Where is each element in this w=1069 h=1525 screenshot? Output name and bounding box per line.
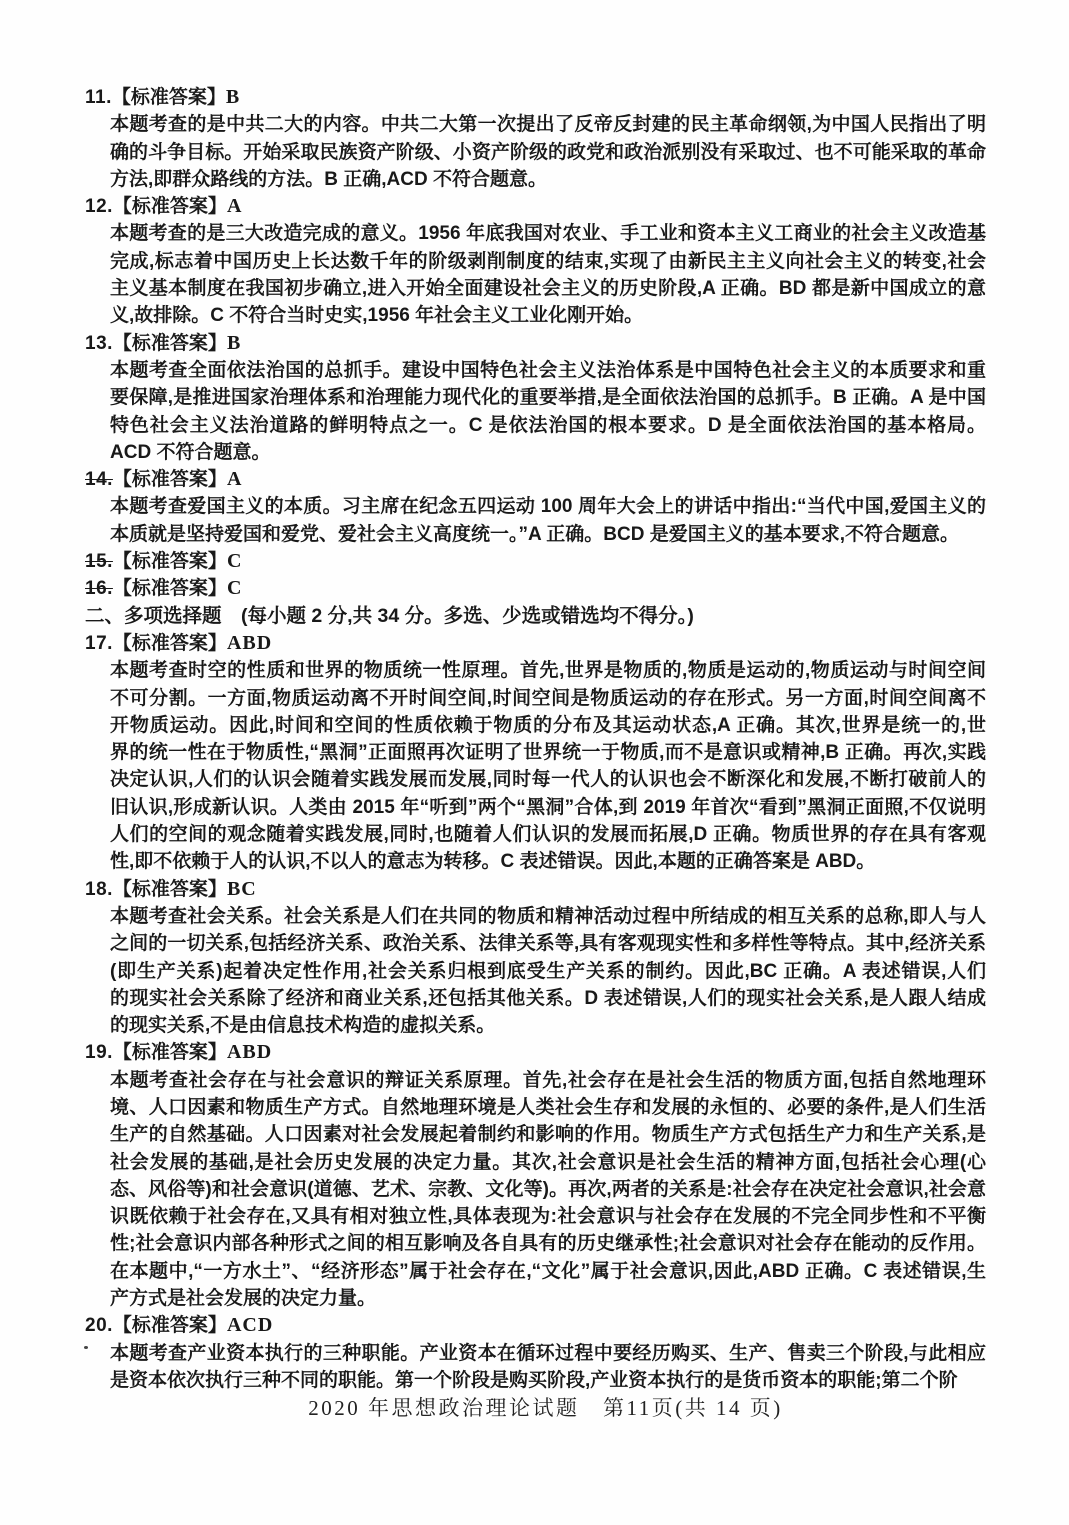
text-line: 本题考查爱国主义的本质。习主席在纪念五四运动 100 周年大会上的讲话中指出:“…	[110, 493, 986, 520]
answer-item-12: 12.【标准答案】A 本题考查的是三大改造完成的意义。1956 年底我国对农业、…	[85, 193, 986, 329]
answer-heading: 15.【标准答案】C	[85, 548, 986, 575]
text-line: 本质就是坚持爱国和爱党、爱社会主义高度统一。”A 正确。BCD 是爱国主义的基本…	[110, 521, 986, 548]
text-line: 在本题中,“一方水土”、“经济形态”属于社会存在,“文化”属于社会意识,因此,A…	[110, 1258, 986, 1285]
text-line: 社会发展的基础,是社会历史发展的决定力量。其次,社会意识是社会生活的精神方面,包…	[110, 1149, 986, 1176]
text-line: 境、人口因素和物质生产方式。自然地理环境是人类社会生存和发展的永恒的、必要的条件…	[110, 1094, 986, 1121]
answer-explanation: 本题考查的是中共二大的内容。中共二大第一次提出了反帝反封建的民主革命纲领,为中国…	[110, 111, 986, 193]
answer-item-11: 11.【标准答案】B 本题考查的是中共二大的内容。中共二大第一次提出了反帝反封建…	[85, 84, 986, 193]
text-line: 旧认识,形成新认识。人类由 2015 年“听到”两个“黑洞”合体,到 2019 …	[110, 794, 986, 821]
answer-label: 【标准答案】	[113, 578, 227, 599]
answer-heading: 16.【标准答案】C	[85, 575, 986, 602]
text-line: 的现实关系,不是由信息技术构造的虚拟关系。	[110, 1012, 986, 1039]
text-line: 方法,即群众路线的方法。B 正确,ACD 不符合题意。	[110, 166, 986, 193]
text-line: 人们的空间的观念随着实践发展,同时,也随着人们认识的发展而拓展,D 正确。物质世…	[110, 821, 986, 848]
answer-explanation: 本题考查爱国主义的本质。习主席在纪念五四运动 100 周年大会上的讲话中指出:“…	[110, 493, 986, 548]
scanned-exam-page: 11.【标准答案】B 本题考查的是中共二大的内容。中共二大第一次提出了反帝反封建…	[0, 0, 1069, 1525]
answer-heading: 13.【标准答案】B	[85, 330, 986, 357]
answer-item-17: 17.【标准答案】ABD 本题考查时空的性质和世界的物质统一性原理。首先,世界是…	[85, 630, 986, 876]
answer-item-20: 20.【标准答案】ACD 本题考查产业资本执行的三种职能。产业资本在循环过程中要…	[85, 1312, 986, 1394]
text-line: 界的统一性在于物质性,“黑洞”正面照再次证明了世界统一于物质,而不是意识或精神,…	[110, 739, 986, 766]
text-line: 本题考查时空的性质和世界的物质统一性原理。首先,世界是物质的,物质是运动的,物质…	[110, 657, 986, 684]
text-line: 本题考查的是三大改造完成的意义。1956 年底我国对农业、手工业和资本主义工商业…	[110, 220, 986, 247]
question-number: 11.	[85, 87, 112, 108]
question-number: 15.	[85, 551, 113, 572]
answer-label: 【标准答案】	[113, 551, 227, 572]
answer-letters: ACD	[227, 1314, 273, 1336]
text-line: 主义基本制度在我国初步确立,进入开始全面建设社会主义的历史阶段,A 正确。BD …	[110, 275, 986, 302]
question-number: 13.	[85, 333, 113, 354]
answer-explanation: 本题考查时空的性质和世界的物质统一性原理。首先,世界是物质的,物质是运动的,物质…	[110, 657, 986, 875]
answer-explanation: 本题考查社会存在与社会意识的辩证关系原理。首先,社会存在是社会生活的物质方面,包…	[110, 1067, 986, 1313]
answer-letters: ABD	[227, 632, 272, 654]
answer-label: 【标准答案】	[112, 87, 226, 108]
text-line: 的现实社会关系除了经济和商业关系,还包括其他关系。D 表述错误,人们的现实社会关…	[110, 985, 986, 1012]
text-line: 特色社会主义法治道路的鲜明特点之一。C 是依法治国的根本要求。D 是全面依法治国…	[110, 412, 986, 439]
answer-letters: ABD	[227, 1041, 272, 1063]
answer-label: 【标准答案】	[113, 333, 227, 354]
text-line: 本题考查社会存在与社会意识的辩证关系原理。首先,社会存在是社会生活的物质方面,包…	[110, 1067, 986, 1094]
section-heading-multiple-choice: 二、多项选择题 (每小题 2 分,共 34 分。多选、少选或错选均不得分。)	[85, 603, 986, 630]
question-number: 12.	[85, 196, 113, 217]
question-number: 20.	[85, 1315, 113, 1336]
answer-heading: 11.【标准答案】B	[85, 84, 986, 111]
answer-item-19: 19.【标准答案】ABD 本题考查社会存在与社会意识的辩证关系原理。首先,社会存…	[85, 1039, 986, 1312]
answer-letters: B	[226, 86, 240, 108]
text-line: 开物质运动。因此,时间和空间的性质依赖于物质的分布及其运动状态,A 正确。其次,…	[110, 712, 986, 739]
answer-heading: 19.【标准答案】ABD	[85, 1039, 986, 1066]
answer-explanation: 本题考查全面依法治国的总抓手。建设中国特色社会主义法治体系是中国特色社会主义的本…	[110, 357, 986, 466]
text-line: 本题考查社会关系。社会关系是人们在共同的物质和精神活动过程中所结成的相互关系的总…	[110, 903, 986, 930]
text-line: 性;社会意识内部各种形式之间的相互影响及各自具有的历史继承性;社会意识对社会存在…	[110, 1230, 986, 1257]
answer-label: 【标准答案】	[113, 879, 227, 900]
answer-letters: C	[227, 550, 242, 572]
answer-key-content: 11.【标准答案】B 本题考查的是中共二大的内容。中共二大第一次提出了反帝反封建…	[85, 84, 986, 1394]
answer-explanation: 本题考查的是三大改造完成的意义。1956 年底我国对农业、手工业和资本主义工商业…	[110, 220, 986, 329]
answer-letters: BC	[227, 878, 257, 900]
question-number: 16.	[85, 578, 113, 599]
question-number: 17.	[85, 633, 113, 654]
answer-item-18: 18.【标准答案】BC 本题考查社会关系。社会关系是人们在共同的物质和精神活动过…	[85, 876, 986, 1040]
text-line: 义,故排除。C 不符合当时史实,1956 年社会主义工业化刚开始。	[110, 302, 986, 329]
answer-label: 【标准答案】	[113, 196, 227, 217]
answer-label: 【标准答案】	[113, 1042, 227, 1063]
text-line: (即生产关系)起着决定性作用,社会关系归根到底受生产关系的制约。因此,BC 正确…	[110, 958, 986, 985]
text-line: 产方式是社会发展的决定力量。	[110, 1285, 986, 1312]
text-line: 确的斗争目标。开始采取民族资产阶级、小资产阶级的政党和政治派别没有采取过、也不可…	[110, 139, 986, 166]
answer-heading: 20.【标准答案】ACD	[85, 1312, 986, 1339]
answer-letters: B	[227, 332, 241, 354]
answer-letters: C	[227, 577, 242, 599]
scan-speck	[84, 1346, 88, 1349]
text-line: ACD 不符合题意。	[110, 439, 986, 466]
text-line: 是资本依次执行三种不同的职能。第一个阶段是购买阶段,产业资本执行的是货币资本的职…	[110, 1367, 986, 1394]
answer-heading: 14.【标准答案】A	[85, 466, 986, 493]
answer-item-14: 14.【标准答案】A 本题考查爱国主义的本质。习主席在纪念五四运动 100 周年…	[85, 466, 986, 548]
answer-explanation: 本题考查社会关系。社会关系是人们在共同的物质和精神活动过程中所结成的相互关系的总…	[110, 903, 986, 1039]
question-number: 18.	[85, 879, 113, 900]
text-line: 性,即不依赖于人的认识,不以人的意志为转移。C 表述错误。因此,本题的正确答案是…	[110, 848, 986, 875]
answer-item-16: 16.【标准答案】C	[85, 575, 986, 602]
answer-label: 【标准答案】	[113, 633, 227, 654]
answer-heading: 17.【标准答案】ABD	[85, 630, 986, 657]
text-line: 要保障,是推进国家治理体系和治理能力现代化的重要举措,是全面依法治国的总抓手。B…	[110, 384, 986, 411]
question-number: 14.	[85, 469, 113, 490]
answer-item-15: 15.【标准答案】C	[85, 548, 986, 575]
text-line: 生产的自然基础。人口因素对社会发展起着制约和影响的作用。物质生产方式包括生产力和…	[110, 1121, 986, 1148]
answer-item-13: 13.【标准答案】B 本题考查全面依法治国的总抓手。建设中国特色社会主义法治体系…	[85, 330, 986, 466]
text-line: 完成,标志着中国历史上长达数千年的阶级剥削制度的结束,实现了由新民主主义向社会主…	[110, 248, 986, 275]
text-line: 识既依赖于社会存在,又具有相对独立性,具体表现为:社会意识与社会存在发展的不完全…	[110, 1203, 986, 1230]
question-number: 19.	[85, 1042, 113, 1063]
page-footer: 2020 年思想政治理论试题 第11页(共 14 页)	[95, 1392, 996, 1422]
answer-label: 【标准答案】	[113, 469, 227, 490]
answer-letters: A	[227, 195, 242, 217]
answer-explanation: 本题考查产业资本执行的三种职能。产业资本在循环过程中要经历购买、生产、售卖三个阶…	[110, 1340, 986, 1395]
text-line: 决定认识,人们的认识会随着实践发展而发展,同时每一代人的认识也会不断深化和发展,…	[110, 766, 986, 793]
answer-heading: 12.【标准答案】A	[85, 193, 986, 220]
text-line: 本题考查全面依法治国的总抓手。建设中国特色社会主义法治体系是中国特色社会主义的本…	[110, 357, 986, 384]
text-line: 不可分割。一方面,物质运动离不开时间空间,时间空间是物质运动的存在形式。另一方面…	[110, 685, 986, 712]
text-line: 之间的一切关系,包括经济关系、政治关系、法律关系等,具有客观现实性和多样性等特点…	[110, 930, 986, 957]
answer-letters: A	[227, 468, 242, 490]
text-line: 态、风俗等)和社会意识(道德、艺术、宗教、文化等)。再次,两者的关系是:社会存在…	[110, 1176, 986, 1203]
answer-label: 【标准答案】	[113, 1315, 227, 1336]
answer-heading: 18.【标准答案】BC	[85, 876, 986, 903]
text-line: 本题考查产业资本执行的三种职能。产业资本在循环过程中要经历购买、生产、售卖三个阶…	[110, 1340, 986, 1367]
text-line: 本题考查的是中共二大的内容。中共二大第一次提出了反帝反封建的民主革命纲领,为中国…	[110, 111, 986, 138]
